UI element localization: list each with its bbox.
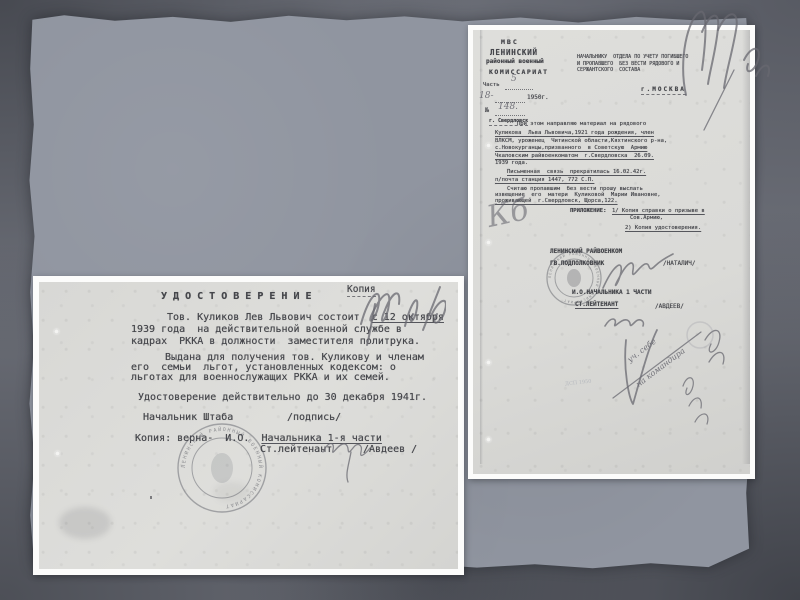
addressee-line: И ПРОПАВШЕГО БЕЗ ВЕСТИ РЯДОВОГО И (577, 61, 679, 67)
copy-certification-line: Копия: верна- И.О. Начальника 1-я части (135, 433, 382, 444)
body-line: Куликова Льва Львовича,1921 года рождени… (495, 130, 654, 136)
signature-role: Начальник Штаба (143, 412, 233, 423)
body-line: п/почта станция 1447, 772 С.П. (495, 177, 594, 183)
certificate-body-line: льготах для военнослужащих РККА и их сем… (131, 372, 390, 383)
punch-hole (486, 240, 491, 245)
form-rule (495, 114, 525, 116)
svg-text:ЛЕНИНСКИЙ РАЙОННЫЙ ВОЕННЫЙ КОМ: ЛЕНИНСКИЙ РАЙОННЫЙ ВОЕННЫЙ КОМИССАРИАТ (548, 251, 600, 304)
body-line: 1939 года. (495, 160, 528, 166)
attachment-label: ПРИЛОЖЕНИЕ: (570, 208, 606, 214)
body-segment-underlined: с 12 октября (372, 312, 444, 323)
officer-rank: Ст.лейтенант (260, 444, 332, 455)
org-part-label: Часть (483, 82, 500, 88)
sig-name: /АВДЕЕВ/ (655, 303, 684, 310)
body-segment: Тов. Куликов Лев Львович состоит (167, 312, 372, 323)
org-name-line: ЛЕНИНСКИЙ (490, 48, 538, 57)
certificate-title: У Д О С Т О В Е Р Е Н И Е (161, 291, 312, 302)
sig-rank: СТ.ЛЕЙТЕНАНТ (575, 301, 618, 308)
attachment-item: Сов.Армию, (630, 215, 663, 221)
slide-background: Копия У Д О С Т О В Е Р Е Н И Е Тов. Кул… (0, 0, 800, 600)
stain (214, 482, 248, 502)
certificate-body-line: 1939 года на действительной военной служ… (131, 324, 402, 335)
hand-mark: Кб (484, 192, 532, 235)
copy-cert-segment-underlined: Начальника 1-я части (261, 433, 381, 444)
punch-hole (486, 143, 491, 148)
org-number-label: № (485, 106, 489, 114)
body-line: ВЛКСМ, уроженец Читинской области,Кяхтин… (495, 138, 667, 144)
letter-document: МВС ЛЕНИНСКИЙ районный военный КОМИССАРИ… (468, 25, 755, 479)
org-name-line: районный военный (486, 58, 544, 65)
sig-org: ЛЕНИНСКИЙ РАЙВОЕНКОМ (550, 248, 622, 255)
stamp-ring-text: ЛЕНИНСКИЙ РАЙОННЫЙ ВОЕННЫЙ КОМИССАРИАТ (548, 251, 600, 304)
letter-paper: МВС ЛЕНИНСКИЙ районный военный КОМИССАРИ… (473, 30, 750, 474)
org-number-value: 148. (498, 102, 518, 112)
sig-rank: ГВ.ПОДПОЛКОВНИК (550, 260, 604, 267)
addressee-line: СЕРЖАНТСКОГО СОСТАВА (577, 67, 640, 73)
signature-placeholder: /подпись/ (287, 412, 341, 423)
faint-stamp-ghost (687, 322, 713, 348)
addressee-city: г.МОСКВА (641, 86, 686, 95)
hand-note: уч. себе (626, 337, 658, 364)
certificate-document: Копия У Д О С Т О В Е Р Е Н И Е Тов. Кул… (33, 276, 464, 575)
punch-hole (55, 451, 60, 456)
certificate-body-line: Тов. Куликов Лев Львович состоит с 12 ок… (167, 312, 444, 323)
org-part-value: 5 (511, 74, 517, 84)
pencil-scrawl-icon (613, 330, 724, 424)
punch-hole (486, 437, 491, 442)
speck (150, 496, 152, 499)
certificate-paper: Копия У Д О С Т О В Е Р Е Н И Е Тов. Кул… (39, 282, 458, 569)
org-date-hand: 18- (479, 91, 494, 101)
body-line: Письменная связь прекратилась 16.02.42г. (507, 169, 646, 175)
officer-name: /Авдеев / (363, 444, 417, 455)
body-line: При этом направляю материал на рядового (517, 121, 646, 127)
validity-line: Удостоверение действительно до 30 декабр… (138, 392, 427, 403)
sig-name: /НАТАЛИЧ/ (663, 260, 696, 267)
org-name-line: МВС (501, 38, 519, 46)
addressee-line: НАЧАЛЬНИКУ ОТДЕЛА ПО УЧЕТУ ПОГИБШЕГО (577, 54, 688, 60)
copy-cert-segment: Копия: верна- И.О. (135, 433, 261, 444)
org-name-line: КОМИССАРИАТ (489, 68, 549, 76)
stain (59, 507, 111, 539)
paper-edge-shadow (742, 30, 750, 464)
org-date-year: 1950г. (527, 94, 549, 101)
body-line: с.Новокурганцы,призванного в Советскую А… (495, 145, 647, 151)
faint-stamp-text: ДСП 1950 (565, 379, 592, 388)
attachment-item: 1/ Копия справки о призыве в (612, 208, 705, 214)
attachment-item: 2) Копия удостоверения. (625, 225, 701, 231)
form-rule (505, 88, 533, 90)
certificate-body-line: кадрах РККА в должности заместителя поли… (131, 336, 420, 347)
sig-role: И.О.НАЧАЛЬНИКА 1 ЧАСТИ (572, 289, 651, 296)
punch-hole (54, 329, 59, 334)
punch-hole (486, 360, 491, 365)
copy-label: Копия (347, 284, 376, 297)
body-line: Чкаловским райвоенкоматом г.Свердловска … (495, 153, 654, 159)
